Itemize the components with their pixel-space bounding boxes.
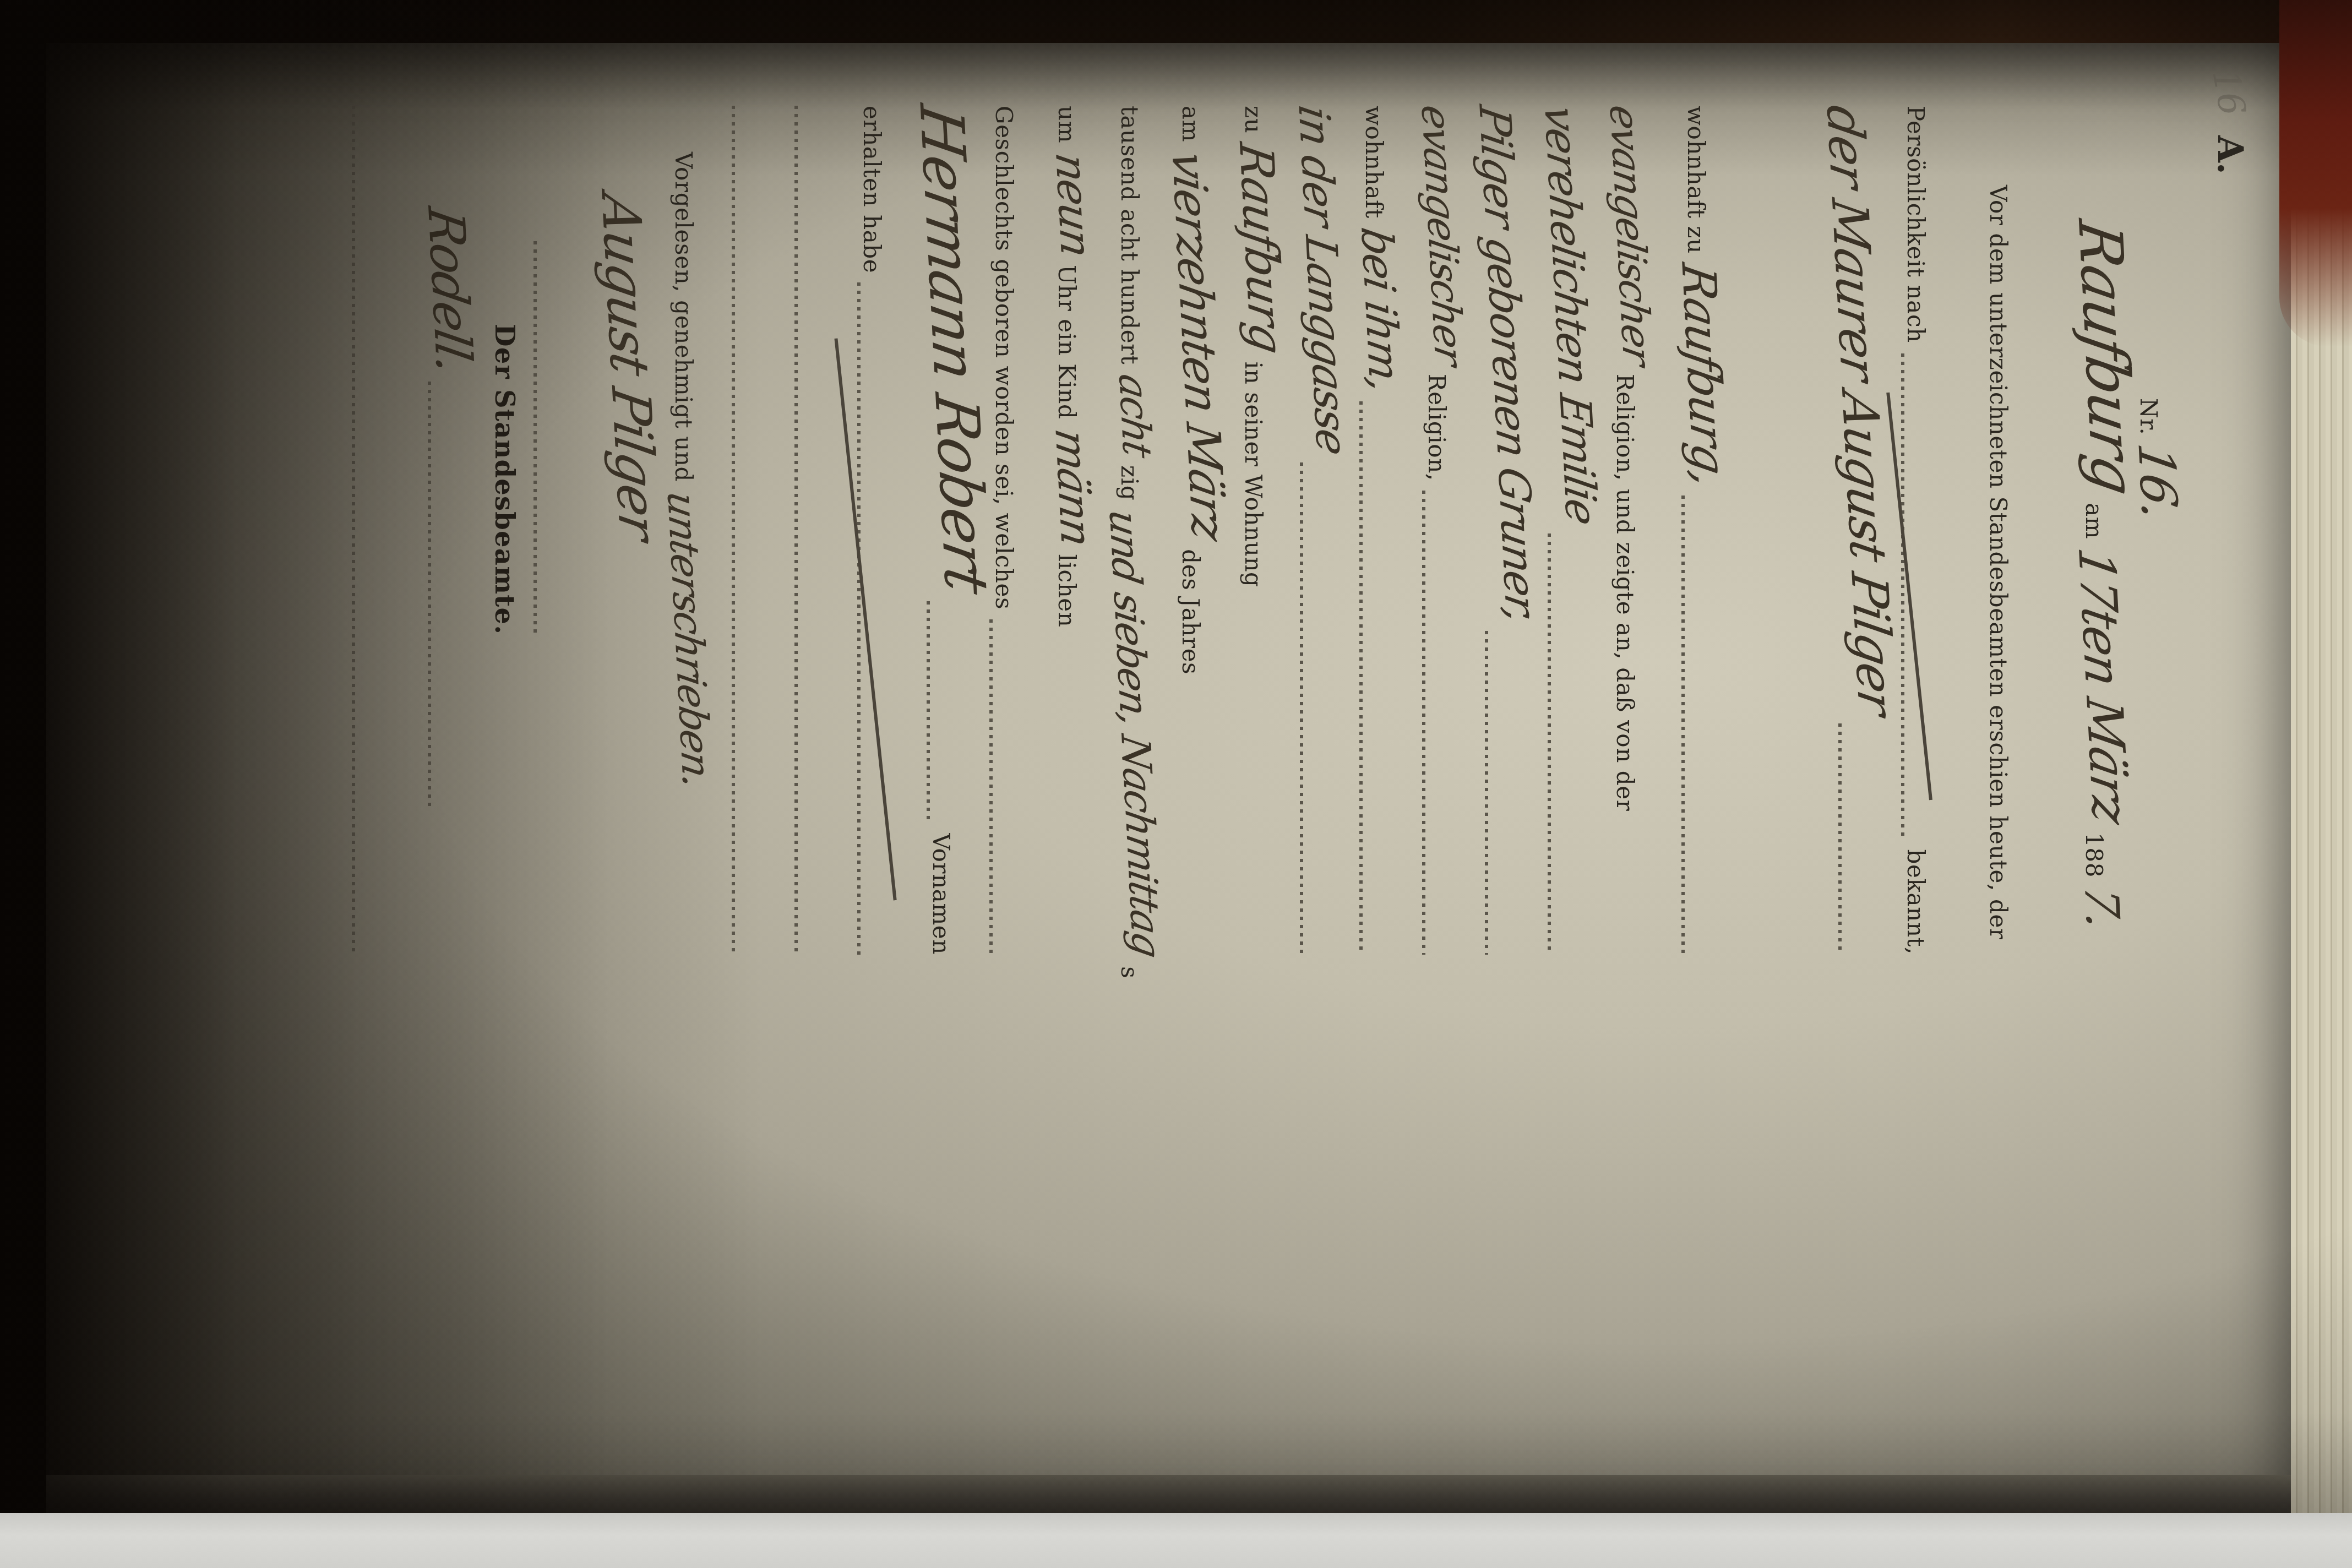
handwritten-entry: acht xyxy=(1128,374,1142,456)
underlying-sheet-edge xyxy=(0,1513,2352,1568)
form-line-23: August Pilger xyxy=(623,195,636,955)
printed-label: Religion, xyxy=(1422,374,1449,481)
printed-label: zu xyxy=(1239,106,1265,133)
printed-label: wohnhaft xyxy=(1359,106,1386,219)
dotted-blank xyxy=(989,619,1016,955)
dotted-blank xyxy=(1300,463,1326,955)
dotted-blank xyxy=(1422,491,1449,955)
printed-label: bekannt, xyxy=(1901,850,1928,955)
printed-label: s xyxy=(1115,966,1141,978)
printed-label: in seiner Wohnung xyxy=(1239,362,1265,587)
form-line-9: Pilger geborenen Gruner, xyxy=(1485,106,1511,955)
handwritten-entry: Hermann Robert xyxy=(932,105,972,592)
handwritten-entry: vierzehnten März xyxy=(1182,151,1214,540)
form-line-2: Raufburgam17ten März1887. xyxy=(2079,221,2113,955)
handwritten-entry: der Maurer August Pilger xyxy=(1837,105,1881,714)
handwritten-entry: Raufburg, xyxy=(1692,263,1715,486)
form-line-6: wohnhaft zuRaufburg, xyxy=(1681,106,1709,955)
printed-label: Der Standesbeamte. xyxy=(489,324,520,635)
form-line-15: tausend acht hundertachtzigund sieben, N… xyxy=(1115,106,1141,955)
form-line-20 xyxy=(794,106,821,955)
form-line-26: Rodell. xyxy=(428,208,454,955)
handwritten-entry: Rodell. xyxy=(438,207,459,373)
handwritten-entry: männ xyxy=(1063,428,1080,545)
form-line-7: evangelischerReligion, und zeigte an, da… xyxy=(1610,106,1637,955)
form-line-10: evangelischerReligion, xyxy=(1422,106,1449,955)
dotted-blank xyxy=(1359,401,1386,955)
printed-label: am xyxy=(1176,106,1202,142)
handwritten-entry: 7. xyxy=(2095,886,2109,929)
dotted-blank xyxy=(352,106,378,955)
printed-label: Vorgelesen, genehmigt und xyxy=(669,152,695,482)
form-line-25: Der Standesbeamte. xyxy=(489,324,520,955)
handwritten-entry: Raufburg xyxy=(1250,143,1272,352)
form-line-11: wohnhaftbei ihm, xyxy=(1359,106,1386,955)
handwritten-entry: und sieben, Nachmittag xyxy=(1118,510,1152,957)
form-line-21 xyxy=(732,106,758,955)
form-letter-label: A. xyxy=(2210,135,2251,175)
form-line-22: Vorgelesen, genehmigt undunterschrieben. xyxy=(669,152,695,955)
dotted-blank xyxy=(428,382,454,812)
book-cover-edge xyxy=(2279,0,2352,347)
dotted-blank xyxy=(1901,353,1928,840)
handwritten-entry: unterschrieben. xyxy=(676,491,701,787)
birth-register-document: 16 A. Nr.16.Raufburgam17ten März1887.Vor… xyxy=(50,43,2291,1520)
handwritten-entry: 16. xyxy=(2148,444,2164,520)
form-line-19: erhalten habe xyxy=(857,106,884,955)
book-spine-shadow xyxy=(0,0,2352,43)
printed-label: Vornamen xyxy=(927,834,953,955)
dotted-blank xyxy=(533,241,560,638)
form-line-3: Vor dem unterzeichneten Standesbeamten e… xyxy=(1984,185,2010,955)
handwritten-entry: evangelischer xyxy=(1430,105,1454,364)
handwritten-entry: bei ihm, xyxy=(1369,227,1389,391)
printed-label: Uhr ein Kind xyxy=(1052,265,1079,420)
form-line-13: zuRaufburgin seiner Wohnung xyxy=(1239,106,1267,955)
printed-label: lichen xyxy=(1052,554,1079,628)
dotted-blank xyxy=(927,601,953,823)
printed-label: um xyxy=(1052,106,1079,143)
form-line-12: in der Langgasse xyxy=(1300,106,1326,955)
dotted-blank xyxy=(1485,631,1511,955)
dotted-blank xyxy=(857,283,884,955)
printed-label: zig xyxy=(1115,465,1141,500)
handwritten-entry: evangelischer xyxy=(1619,105,1642,364)
handwritten-entry: Pilger geborenen Gruner, xyxy=(1487,105,1525,622)
printed-label: wohnhaft zu xyxy=(1681,106,1708,254)
handwritten-entry: neun xyxy=(1064,153,1080,256)
printed-label: am xyxy=(2079,503,2106,539)
printed-label: tausend acht hundert xyxy=(1115,106,1141,364)
form-line-4: Persönlichkeit nachbekannt, xyxy=(1901,106,1928,955)
printed-label: 188 xyxy=(2079,832,2106,878)
dotted-blank xyxy=(1548,533,1574,955)
handwritten-entry: 17ten März xyxy=(2088,548,2115,824)
form-line-14: amvierzehnten Märzdes Jahres xyxy=(1176,106,1204,955)
dotted-blank xyxy=(1838,723,1865,955)
pencil-folio-number: 16 xyxy=(2203,66,2251,119)
printed-label: Persönlichkeit nach xyxy=(1901,106,1928,343)
dotted-blank xyxy=(732,106,758,955)
printed-label: Religion, und zeigte an, daß von der xyxy=(1610,374,1637,811)
form-line-5: der Maurer August Pilger xyxy=(1838,106,1865,955)
printed-label: Vor dem unterzeichneten Standesbeamten e… xyxy=(1984,185,2010,940)
handwritten-entry: verehelichten Emilie xyxy=(1553,105,1585,524)
handwritten-entry: August Pilger xyxy=(614,194,645,540)
handwritten-entry: Raufburg xyxy=(2090,220,2120,494)
form-line-16: umneunUhr ein Kindmännlichen xyxy=(1052,106,1079,955)
form-line-24 xyxy=(533,241,560,955)
printed-label: erhalten habe xyxy=(857,106,884,273)
dotted-blank xyxy=(794,106,821,955)
printed-label: des Jahres xyxy=(1176,549,1202,674)
form-line-18: Hermann RobertVornamen xyxy=(927,106,960,955)
form-line-27 xyxy=(352,106,378,955)
photo-stage: 16 A. Nr.16.Raufburgam17ten März1887.Vor… xyxy=(0,0,2352,1568)
form-line-8: verehelichten Emilie xyxy=(1548,106,1574,955)
dotted-blank xyxy=(1681,495,1708,955)
handwritten-entry: in der Langgasse xyxy=(1306,105,1336,454)
